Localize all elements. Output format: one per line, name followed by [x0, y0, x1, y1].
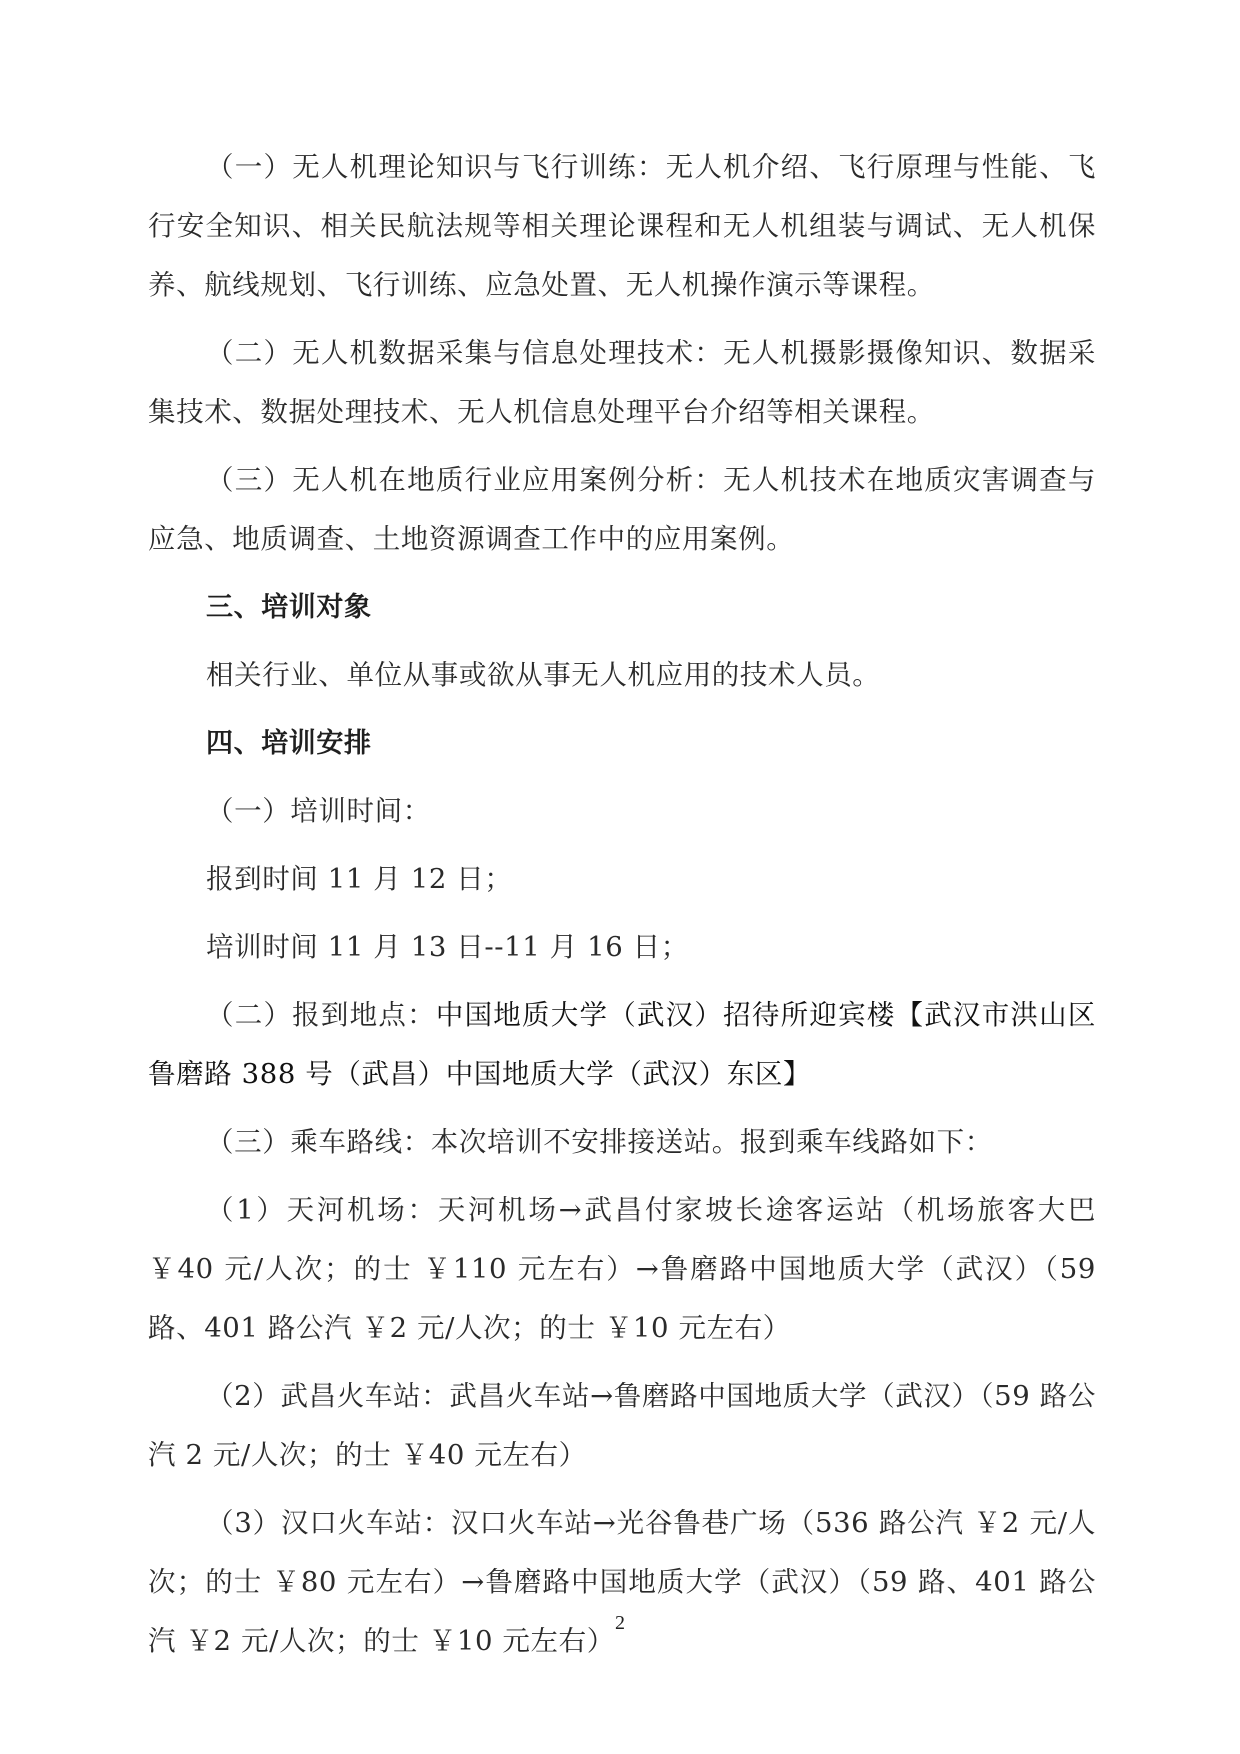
paragraph-course-flight-training: （一）无人机理论知识与飞行训练：无人机介绍、飞行原理与性能、飞行安全知识、相关民… — [148, 138, 1096, 315]
page-number: 2 — [0, 1612, 1240, 1635]
paragraph-schedule-title: （一）培训时间： — [148, 782, 1096, 841]
paragraph-checkin-time: 报到时间 11 月 12 日； — [148, 850, 1096, 909]
paragraph-course-data-processing: （二）无人机数据采集与信息处理技术：无人机摄影摄像知识、数据采集技术、数据处理技… — [148, 324, 1096, 442]
paragraph-route-wuchang-station: （2）武昌火车站：武昌火车站→鲁磨路中国地质大学（武汉）（59 路公汽 2 元/… — [148, 1367, 1096, 1485]
paragraph-course-geology-cases: （三）无人机在地质行业应用案例分析：无人机技术在地质灾害调查与应急、地质调查、土… — [148, 451, 1096, 569]
page-content: （一）无人机理论知识与飞行训练：无人机介绍、飞行原理与性能、飞行安全知识、相关民… — [148, 138, 1096, 1680]
checkin-location-label: （二）报到地点： — [206, 999, 436, 1031]
paragraph-transport-intro: （三）乘车路线：本次培训不安排接送站。报到乘车线路如下： — [148, 1113, 1096, 1172]
document-page: （一）无人机理论知识与飞行训练：无人机介绍、飞行原理与性能、飞行安全知识、相关民… — [0, 0, 1240, 1754]
section-heading-training-target: 三、培训对象 — [148, 578, 1096, 637]
paragraph-route-hankou-station: （3）汉口火车站：汉口火车站→光谷鲁巷广场（536 路公汽 ￥2 元/人次；的士… — [148, 1494, 1096, 1671]
paragraph-training-time: 培训时间 11 月 13 日--11 月 16 日； — [148, 918, 1096, 977]
section-heading-training-arrangement: 四、培训安排 — [148, 714, 1096, 773]
paragraph-route-tianhe-airport: （1）天河机场：天河机场→武昌付家坡长途客运站（机场旅客大巴 ￥40 元/人次；… — [148, 1181, 1096, 1358]
paragraph-checkin-location: （二）报到地点：中国地质大学（武汉）招待所迎宾楼【武汉市洪山区鲁磨路 388 号… — [148, 986, 1096, 1104]
paragraph-target-audience: 相关行业、单位从事或欲从事无人机应用的技术人员。 — [148, 646, 1096, 705]
